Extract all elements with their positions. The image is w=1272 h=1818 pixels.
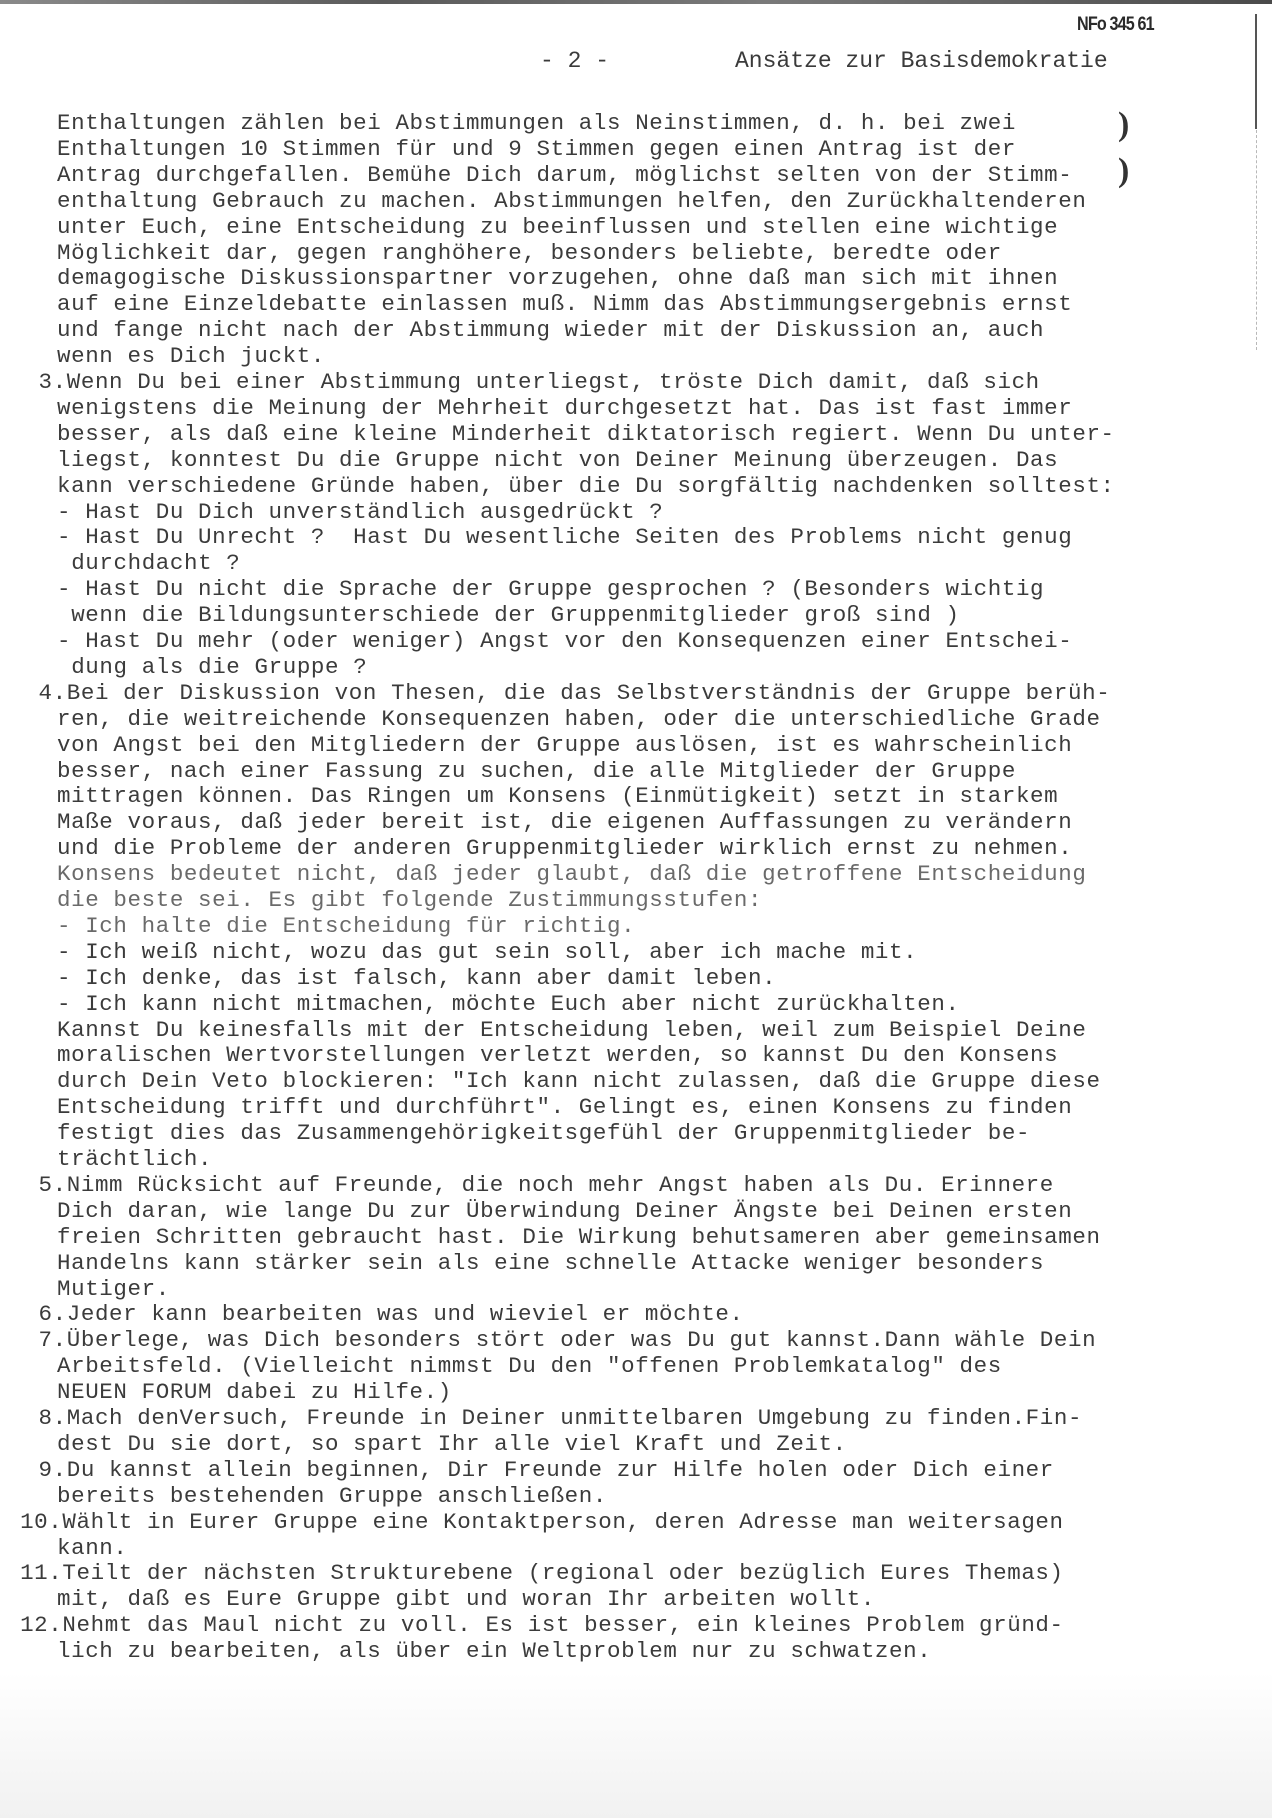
text-line: und fange nicht nach der Abstimmung wied… xyxy=(57,317,1044,343)
margin-bracket-mark: ) xyxy=(1118,106,1129,144)
text-line: Maße voraus, daß jeder bereit ist, die e… xyxy=(57,809,1072,835)
text-line: festigt dies das Zusammengehörigkeitsgef… xyxy=(57,1120,1030,1146)
text-line: 12.Nehmt das Maul nicht zu voll. Es ist … xyxy=(20,1612,1064,1638)
text-line: Konsens bedeutet nicht, daß jeder glaubt… xyxy=(57,861,1086,887)
text-line: Antrag durchgefallen. Bemühe Dich darum,… xyxy=(57,162,1072,188)
margin-rule-dotted xyxy=(1256,130,1257,350)
text-line: dung als die Gruppe ? xyxy=(71,654,367,680)
text-line: liegst, konntest Du die Gruppe nicht von… xyxy=(57,447,1058,473)
text-line: - Ich weiß nicht, wozu das gut sein soll… xyxy=(57,939,917,965)
text-line: moralischen Wertvorstellungen verletzt w… xyxy=(57,1042,1058,1068)
document-page: NFo 345 61 - 2 - Ansätze zur Basisdemokr… xyxy=(0,0,1272,1818)
page-number: - 2 - xyxy=(540,48,609,74)
text-line: wenn es Dich juckt. xyxy=(57,343,325,369)
text-line: Dich daran, wie lange Du zur Überwindung… xyxy=(57,1198,1072,1224)
text-line: demagogische Diskussionspartner vorzugeh… xyxy=(57,265,1058,291)
text-line: durchdacht ? xyxy=(71,550,240,576)
text-line: die beste sei. Es gibt folgende Zustimmu… xyxy=(57,887,762,913)
text-line: trächtlich. xyxy=(57,1146,212,1172)
text-line: Enthaltungen zählen bei Abstimmungen als… xyxy=(57,110,1016,136)
margin-rule xyxy=(1255,14,1257,129)
text-line: wenn die Bildungsunterschiede der Gruppe… xyxy=(71,602,959,628)
text-line: NEUEN FORUM dabei zu Hilfe.) xyxy=(57,1379,452,1405)
text-line: - Ich halte die Entscheidung für richtig… xyxy=(57,913,635,939)
text-line: durch Dein Veto blockieren: "Ich kann ni… xyxy=(57,1068,1101,1094)
text-line: 5.Nimm Rücksicht auf Freunde, die noch m… xyxy=(39,1172,1054,1198)
text-line: - Ich kann nicht mitmachen, möchte Euch … xyxy=(57,991,960,1017)
text-line: 10.Wählt in Eurer Gruppe eine Kontaktper… xyxy=(20,1509,1064,1535)
text-line: - Ich denke, das ist falsch, kann aber d… xyxy=(57,965,776,991)
text-line: 7.Überlege, was Dich besonders stört ode… xyxy=(39,1327,1097,1353)
text-line: bereits bestehenden Gruppe anschließen. xyxy=(57,1483,607,1509)
margin-bracket-mark: ) xyxy=(1118,152,1129,190)
text-line: 9.Du kannst allein beginnen, Dir Freunde… xyxy=(39,1457,1054,1483)
text-line: 11.Teilt der nächsten Strukturebene (reg… xyxy=(20,1560,1064,1586)
text-line: - Hast Du nicht die Sprache der Gruppe g… xyxy=(57,576,1044,602)
text-line: wenigstens die Meinung der Mehrheit durc… xyxy=(57,395,1072,421)
text-line: kann verschiedene Gründe haben, über die… xyxy=(57,473,1115,499)
text-line: und die Probleme der anderen Gruppenmitg… xyxy=(57,835,1072,861)
text-line: Enthaltungen 10 Stimmen für und 9 Stimme… xyxy=(57,136,1016,162)
text-line: Mutiger. xyxy=(57,1276,170,1302)
text-line: kann. xyxy=(57,1535,128,1561)
scan-top-edge xyxy=(0,0,1272,4)
text-line: Möglichkeit dar, gegen ranghöhere, beson… xyxy=(57,240,1002,266)
text-line: Kannst Du keinesfalls mit der Entscheidu… xyxy=(57,1017,1086,1043)
document-title: Ansätze zur Basisdemokratie xyxy=(735,48,1108,74)
text-line: - Hast Du Unrecht ? Hast Du wesentliche … xyxy=(57,524,1072,550)
text-line: unter Euch, eine Entscheidung zu beeinfl… xyxy=(57,214,1058,240)
text-line: dest Du sie dort, so spart Ihr alle viel… xyxy=(57,1431,847,1457)
text-line: - Hast Du Dich unverständlich ausgedrück… xyxy=(57,499,663,525)
text-line: freien Schritten gebraucht hast. Die Wir… xyxy=(57,1224,1101,1250)
text-line: auf eine Einzeldebatte einlassen muß. Ni… xyxy=(57,291,1072,317)
text-line: - Hast Du mehr (oder weniger) Angst vor … xyxy=(57,628,1072,654)
text-line: 6.Jeder kann bearbeiten was und wieviel … xyxy=(39,1301,744,1327)
text-line: Entscheidung trifft und durchführt". Gel… xyxy=(57,1094,1072,1120)
text-line: besser, als daß eine kleine Minderheit d… xyxy=(57,421,1115,447)
text-line: von Angst bei den Mitgliedern der Gruppe… xyxy=(57,732,1072,758)
text-line: lich zu bearbeiten, als über ein Weltpro… xyxy=(57,1638,931,1664)
text-line: Handelns kann stärker sein als eine schn… xyxy=(57,1250,1044,1276)
text-line: 8.Mach denVersuch, Freunde in Deiner unm… xyxy=(39,1405,1083,1431)
text-line: enthaltung Gebrauch zu machen. Abstimmun… xyxy=(57,188,1086,214)
text-line: mit, daß es Eure Gruppe gibt und woran I… xyxy=(57,1586,875,1612)
text-line: besser, nach einer Fassung zu suchen, di… xyxy=(57,758,1016,784)
text-line: mittragen können. Das Ringen um Konsens … xyxy=(57,783,1058,809)
text-line: 4.Bei der Diskussion von Thesen, die das… xyxy=(39,680,1111,706)
archive-stamp: NFo 345 61 xyxy=(1077,14,1154,36)
text-line: Arbeitsfeld. (Vielleicht nimmst Du den "… xyxy=(57,1353,1002,1379)
text-line: 3.Wenn Du bei einer Abstimmung unterlieg… xyxy=(39,369,1040,395)
text-line: ren, die weitreichende Konsequenzen habe… xyxy=(57,706,1101,732)
